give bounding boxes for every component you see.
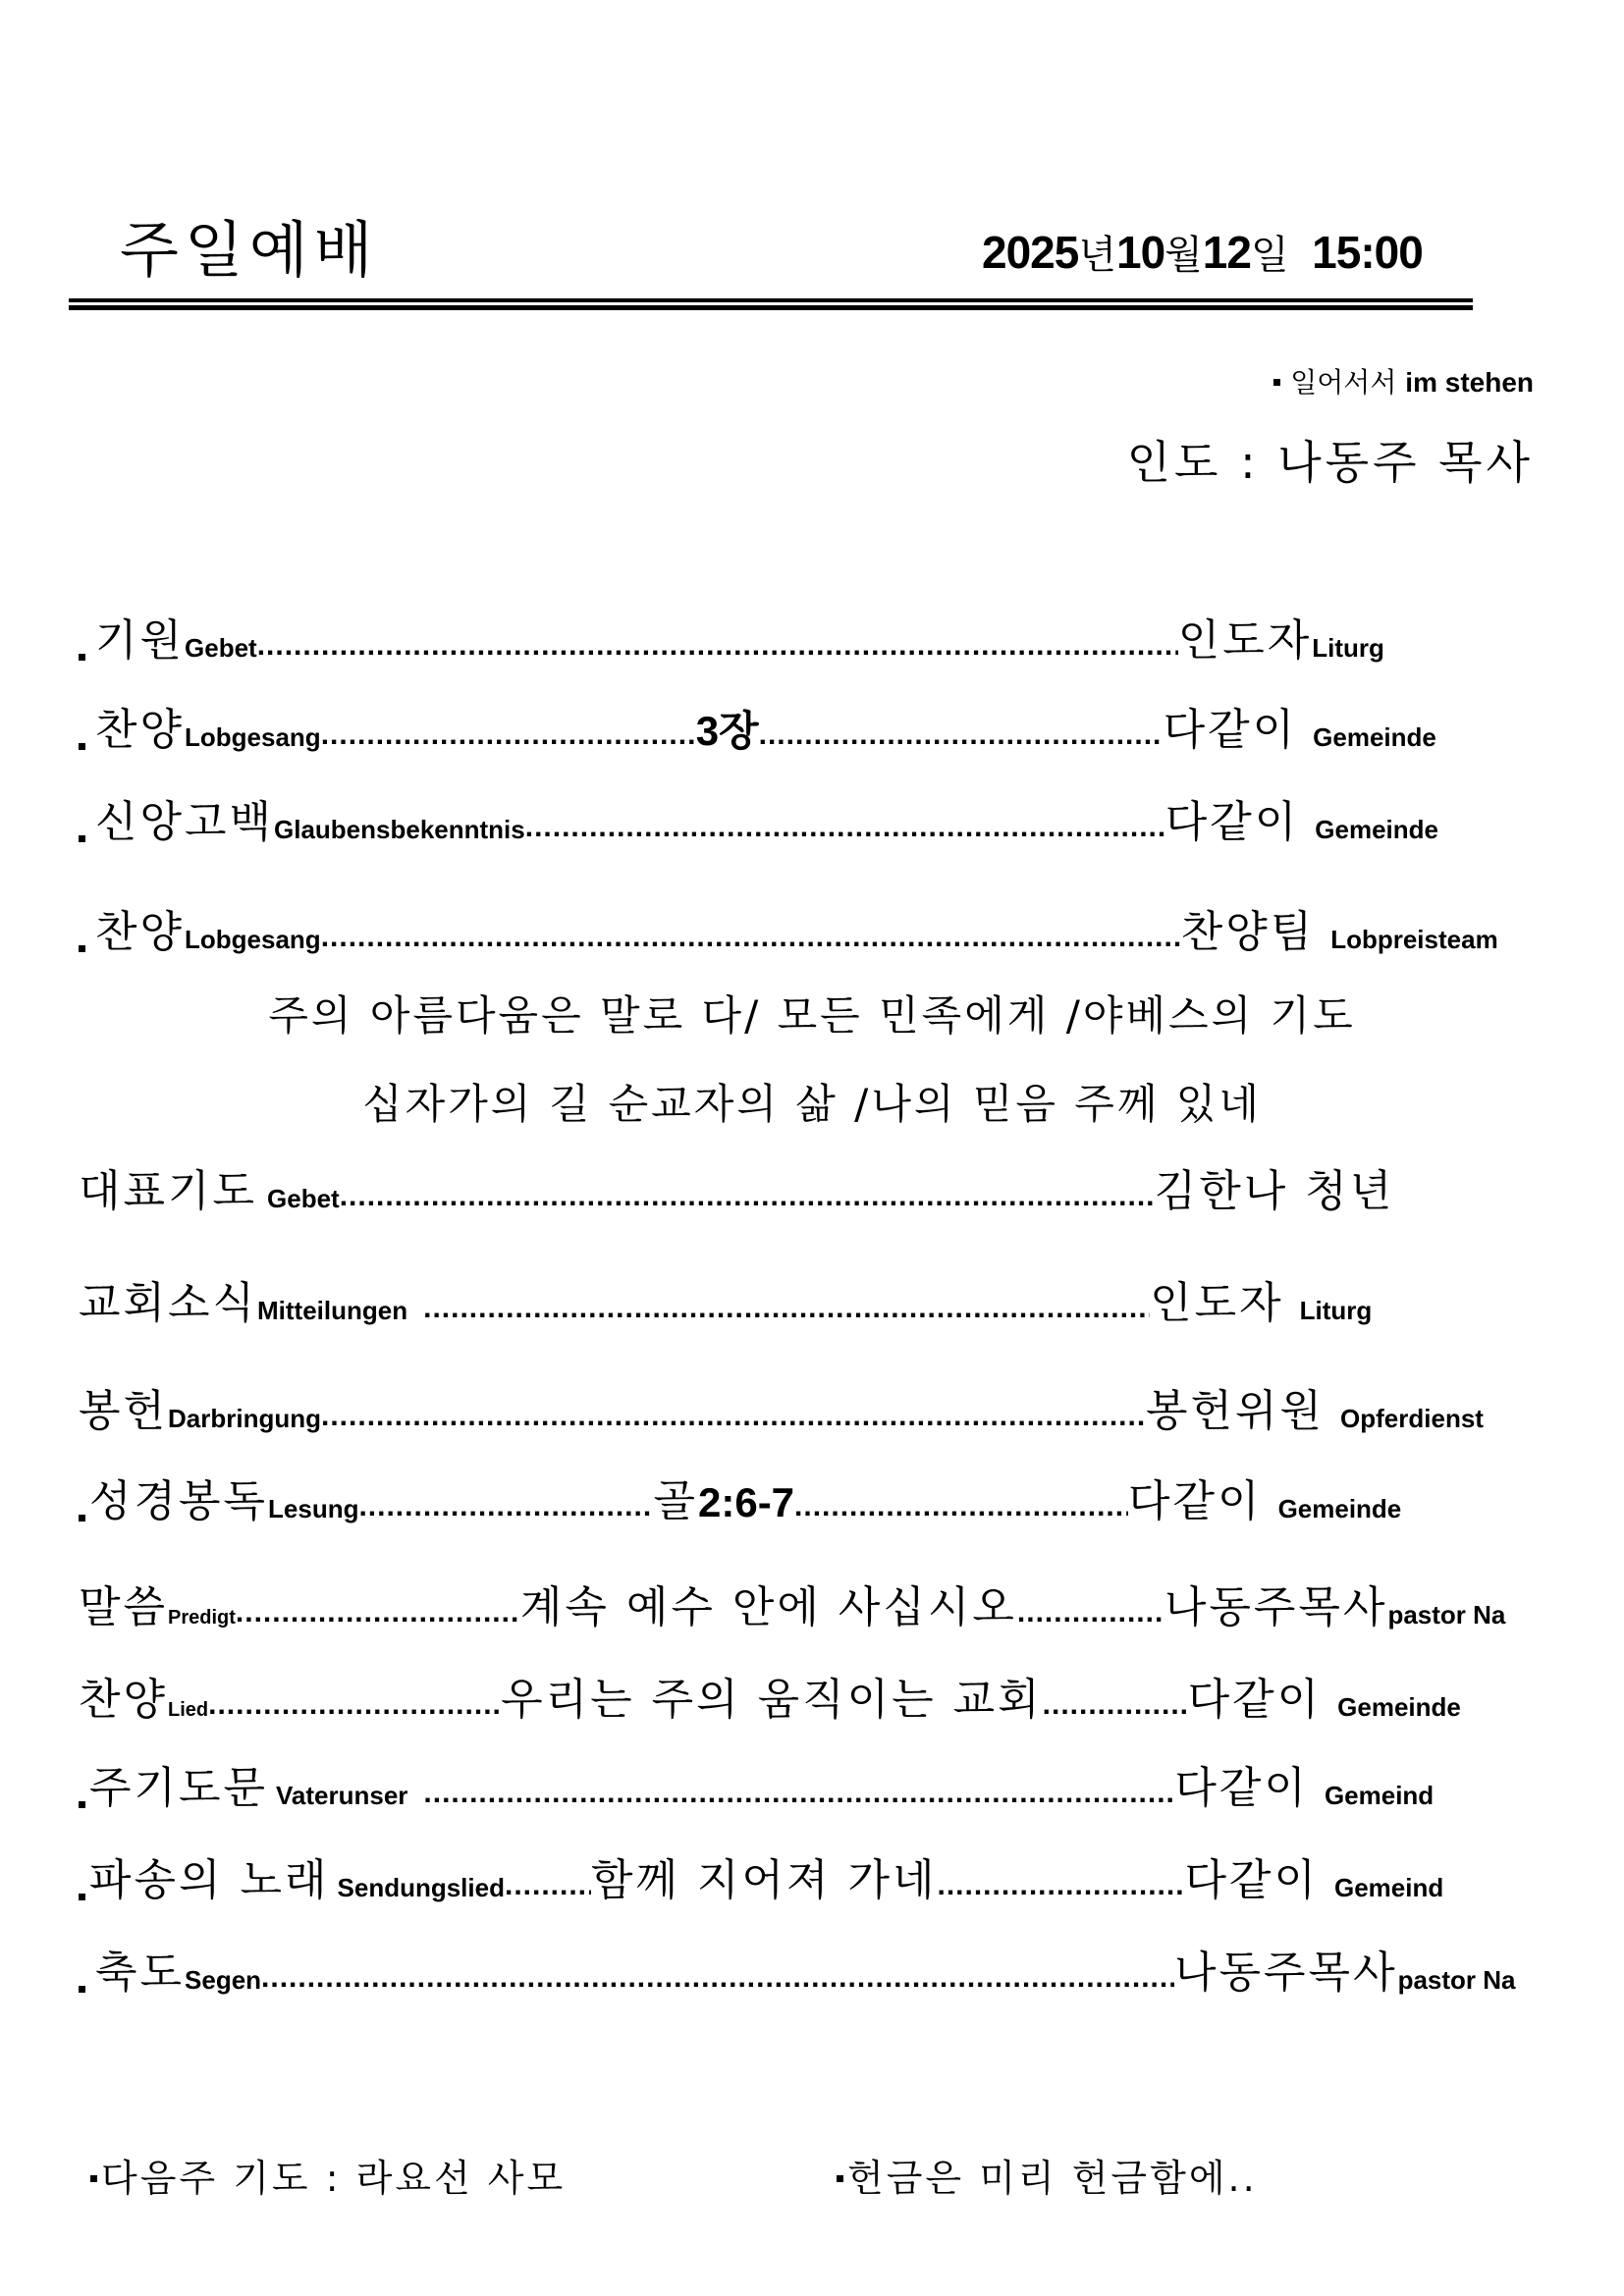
dot-leader: ........................................… [261,1963,1174,1995]
dot-leader: ........................................… [236,1598,520,1629]
date-year-unit: 년 [1078,233,1116,278]
program-item-announcements: 교회소식 Mitteilungen ......................… [79,1266,1372,1325]
program-item-lords-prayer: 주기도문 Vaterunser ........................… [79,1751,1434,1810]
item-ko: 말씀 [79,1586,168,1629]
item-leader-de: Liturg [1300,1298,1373,1325]
item-de: Lobgesang [185,927,321,954]
item-de: Lesung [268,1496,358,1523]
program-item-benediction: 축도 Segen ...............................… [79,1936,1516,1995]
offering-note: 헌금은 미리 헌금함에.. [837,2148,1258,2202]
scripture-reference: 2:6-7 [698,1482,794,1523]
item-ko: 기원 [95,619,185,663]
hymn-number: 3장 [696,711,759,752]
item-de: Glaubensbekenntnis [274,817,525,844]
item-leader-de: Gemeind [1334,1875,1443,1902]
dot-leader: ........................... [1017,1598,1164,1629]
item-de: Segen [185,1967,261,1995]
item-ko: 대표기도 [79,1170,257,1213]
bullet-icon [79,1894,85,1900]
item-de: Mitteilungen [257,1298,407,1325]
date-time: 15:00 [1312,227,1423,278]
item-leader-de: Opferdienst [1340,1406,1484,1433]
program-item-song: 찬양 Lied ................................… [79,1663,1461,1722]
program-item-scripture-reading: 성경봉독 Lesung ............................… [79,1465,1401,1523]
dot-leader: ........................................… [423,1294,1150,1325]
item-leader-de: Gemeinde [1337,1694,1461,1722]
item-leader-ko: 다같이 [1188,1679,1323,1722]
program-item-representative-prayer: 대표기도 Gebet .............................… [79,1154,1394,1213]
item-de: Darbringung [168,1406,321,1433]
item-de: Predigt [168,1608,236,1629]
scripture-book: 골 [653,1480,698,1523]
item-leader-ko: 찬양팀 [1181,911,1316,954]
bullet-icon [1273,379,1280,386]
date-month: 10 [1116,227,1164,278]
sending-song-title: 함께 지어져 가네 [591,1859,938,1902]
page-title: 주일예배 [120,201,379,289]
item-de: Sendungslied [338,1875,505,1902]
item-de: Lied [168,1700,208,1722]
item-leader-ko: 다같이 [1184,1859,1319,1902]
bullet-icon [837,2175,843,2182]
program-item-sermon: 말씀 Predigt .............................… [79,1571,1505,1629]
date-day-unit: 일 [1251,233,1289,278]
item-leader-ko: 봉헌위원 [1146,1390,1325,1433]
item-leader-ko: 나동주목사 [1164,1586,1388,1629]
song-title: 우리는 주의 움직이는 교회 [501,1679,1043,1722]
praise-song-line-1: 주의 아름다움은 말로 다/ 모든 민족에게 /야베스의 기도 [0,984,1624,1042]
item-ko: 교회소식 [79,1282,257,1325]
item-de: Lobgesang [185,724,321,752]
item-leader-ko: 다같이 [1128,1480,1263,1523]
item-de: Vaterunser [276,1783,407,1810]
item-de: Gebet [185,635,257,663]
item-ko: 신앙고백 [95,801,274,844]
bullet-icon [90,2175,97,2182]
item-leader-ko: 다같이 [1174,1767,1309,1810]
item-leader-ko: 인도자 [1150,1282,1284,1325]
standing-note-ko: 일어서서 [1290,366,1396,399]
item-leader-de: Gemeinde [1278,1496,1402,1523]
program-item-praise: 찬양 Lobgesang ...........................… [79,895,1498,954]
item-ko: 찬양 [95,911,185,954]
item-ko: 파송의 노래 [89,1859,330,1902]
bullet-icon [79,1986,85,1993]
program-item-offering: 봉헌 Darbringung .........................… [79,1374,1484,1433]
next-week-prayer-text: 다음주 기도 : 라요선 사모 [101,2157,566,2200]
item-leader-de: pastor Na [1398,1967,1516,1995]
dot-leader: ........................................… [321,1402,1146,1433]
dot-leader: ........................................… [525,813,1165,844]
worship-leader: 인도 : 나동주 목사 [1127,427,1534,492]
date-month-unit: 월 [1164,233,1203,278]
item-leader-ko: 다같이 [1165,801,1300,844]
standing-note: 일어서서 im stehen [1273,361,1534,400]
date-day: 12 [1203,227,1251,278]
item-leader-ko: 나동주목사 [1174,1951,1398,1995]
dot-leader: ........................................… [321,721,696,752]
service-date: 2025년10월12일 15:00 [982,224,1423,280]
item-de: Gebet [267,1186,340,1213]
dot-leader: ........................................… [759,721,1164,752]
bullet-icon [79,945,85,952]
date-year: 2025 [982,227,1078,278]
item-leader-ko: 김한나 청년 [1155,1170,1395,1213]
dot-leader: ........................... [1043,1690,1188,1722]
item-ko: 주기도문 [89,1767,268,1810]
item-leader-ko: 인도자 [1178,619,1313,663]
dot-leader: ................ [505,1871,591,1902]
item-ko: 성경봉독 [89,1480,268,1523]
item-leader-de: Gemeind [1325,1783,1434,1810]
item-ko: 찬양 [95,709,185,752]
program-item-sending-song: 파송의 노래 Sendungslied ................ 함께 … [79,1843,1443,1902]
item-leader-de: Liturg [1312,635,1384,663]
standing-note-de: im stehen [1405,367,1534,398]
bullet-icon [79,835,85,842]
item-leader-de: Lobpreisteam [1330,927,1498,954]
bullet-icon [79,1515,85,1522]
item-ko: 축도 [95,1951,185,1995]
praise-song-line-2: 십자가의 길 순교자의 삶 /나의 믿음 주께 있네 [0,1072,1624,1131]
bullet-icon [79,654,85,661]
bullet-icon [79,743,85,750]
dot-leader: ........................................… [257,631,1178,663]
item-ko: 찬양 [79,1679,168,1722]
item-leader-de: Gemeinde [1313,724,1436,752]
dot-leader: ........................................… [423,1779,1174,1810]
program-item-creed: 신앙고백 Glaubensbekenntnis ................… [79,785,1438,844]
dot-leader: ........................................… [321,923,1181,954]
bullet-icon [79,1801,85,1808]
item-leader-de: pastor Na [1387,1602,1505,1629]
item-leader-ko: 다같이 [1164,709,1298,752]
dot-leader: ........................................… [794,1492,1128,1523]
sermon-title: 계속 예수 안에 사십시오 [520,1586,1017,1629]
item-leader-de: Gemeinde [1315,817,1438,844]
dot-leader: ........................................… [937,1871,1184,1902]
program-item-invocation: 기원 Gebet ...............................… [79,604,1384,663]
next-week-prayer-note: 다음주 기도 : 라요선 사모 [90,2148,566,2202]
dot-leader: ........................................… [358,1492,653,1523]
offering-note-text: 헌금은 미리 헌금함에.. [847,2157,1258,2200]
item-ko: 봉헌 [79,1390,168,1433]
dot-leader: ........................................… [340,1182,1155,1213]
program-item-hymn: 찬양 Lobgesang ...........................… [79,693,1436,752]
dot-leader: ........................................… [208,1690,501,1722]
